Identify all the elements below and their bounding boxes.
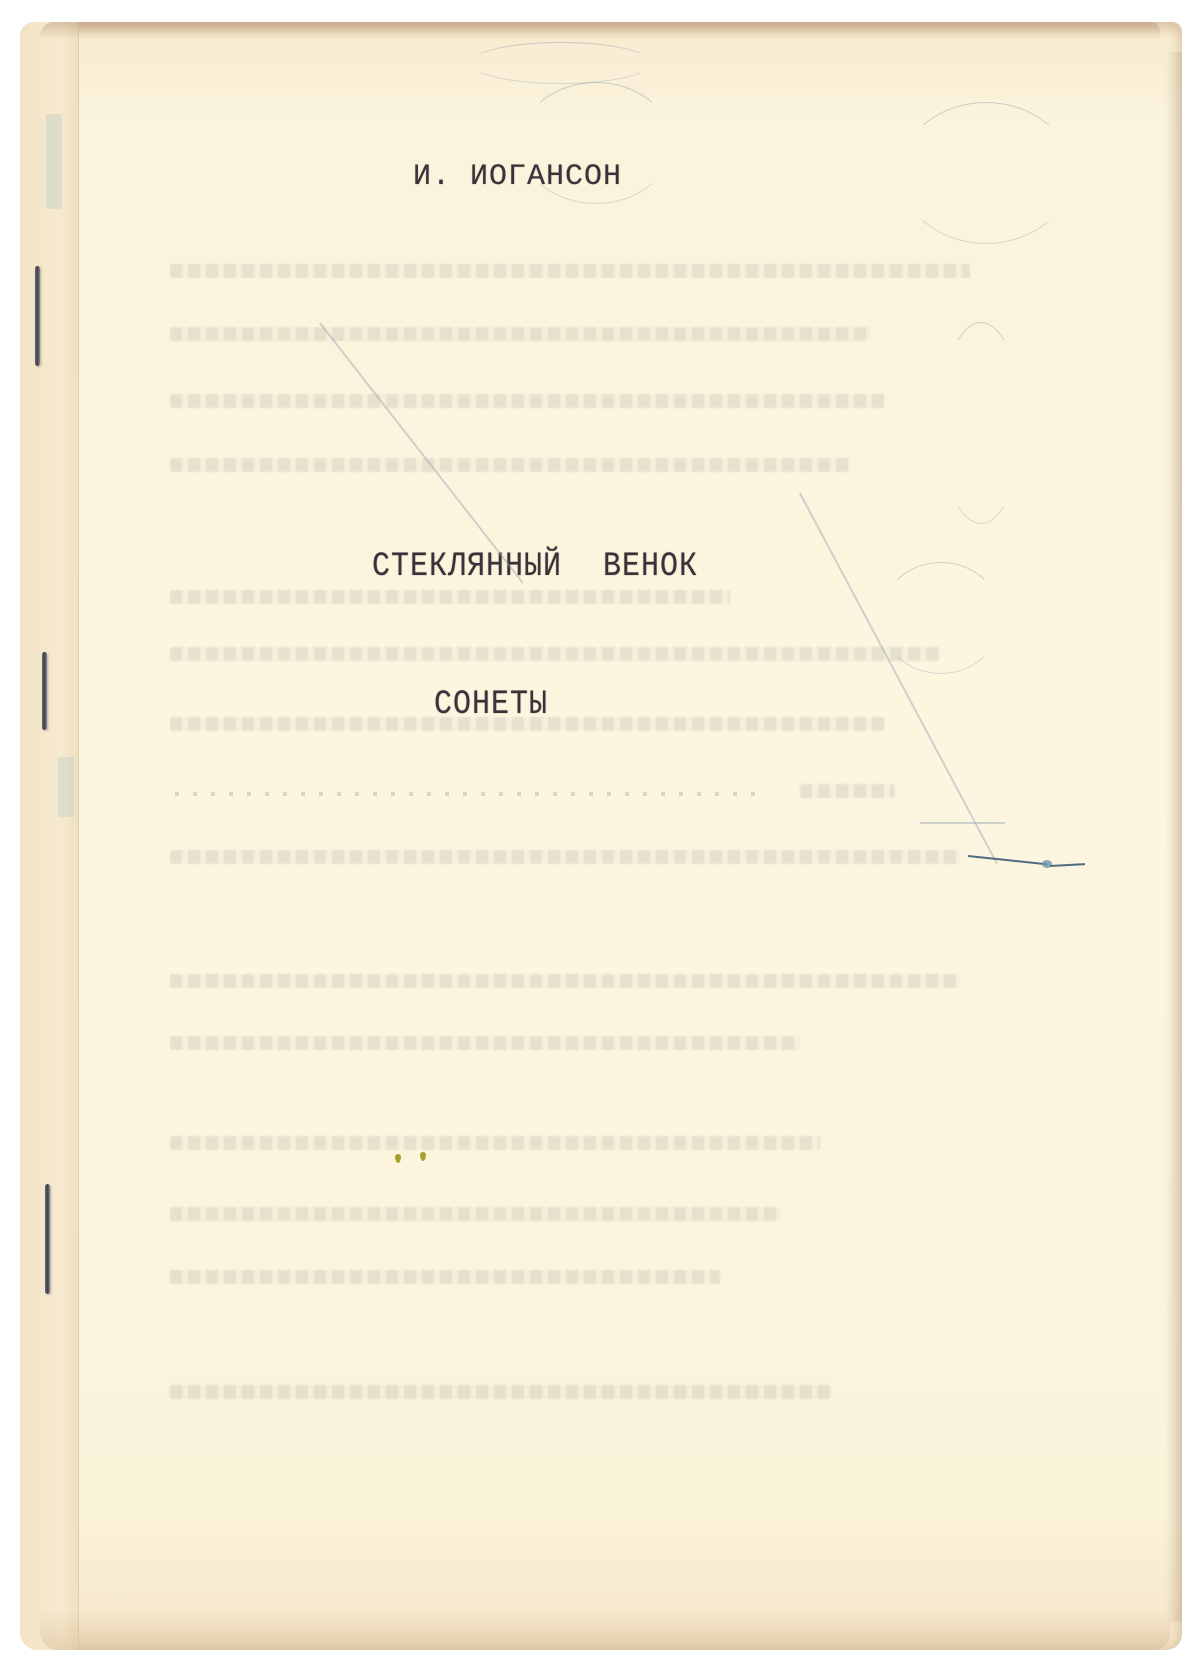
- staple-icon: [45, 1184, 50, 1294]
- pencil-annotation: [470, 42, 652, 84]
- show-through-line: [170, 264, 970, 278]
- pencil-annotation: [520, 82, 672, 204]
- pencil-annotation: [900, 102, 1072, 244]
- show-through-line: [170, 327, 870, 341]
- show-through-line: [170, 1207, 780, 1221]
- pen-mark: [1050, 863, 1085, 867]
- document-page: И. ИОГАНСОН СТЕКЛЯННЫЙ ВЕНОК СОНЕТЫ: [20, 22, 1182, 1650]
- staple-icon: [42, 652, 47, 730]
- tape-strip: [46, 114, 62, 209]
- show-through-line: [170, 1385, 830, 1399]
- show-through-line: [170, 850, 960, 864]
- booklet-spine: [20, 22, 79, 1650]
- pencil-annotation: [940, 322, 1022, 524]
- staple-icon: [35, 266, 40, 366]
- show-through-line: [800, 784, 895, 798]
- show-through-dotted-line: [175, 792, 755, 796]
- show-through-line: [170, 394, 885, 408]
- show-through-line: [170, 1270, 720, 1284]
- paper-stain: [420, 1152, 426, 1161]
- top-edge-shadow: [40, 22, 1160, 40]
- show-through-line: [170, 1136, 820, 1150]
- tape-strip: [58, 757, 74, 817]
- pencil-stroke: [799, 492, 998, 864]
- book-title: СТЕКЛЯННЫЙ ВЕНОК: [372, 547, 698, 586]
- pencil-annotation: [880, 562, 1002, 674]
- show-through-line: [170, 590, 730, 604]
- show-through-line: [170, 974, 960, 988]
- book-subtitle: СОНЕТЫ: [434, 685, 548, 724]
- bottom-edge-curl: [40, 1610, 1170, 1650]
- pen-mark: [968, 855, 1048, 865]
- pencil-stroke: [319, 322, 523, 583]
- show-through-line: [170, 647, 940, 661]
- pencil-stroke: [920, 822, 1005, 824]
- right-edge-shadow: [1166, 52, 1182, 1622]
- show-through-line: [170, 1036, 800, 1050]
- paper-stain: [395, 1154, 401, 1163]
- show-through-line: [170, 458, 850, 472]
